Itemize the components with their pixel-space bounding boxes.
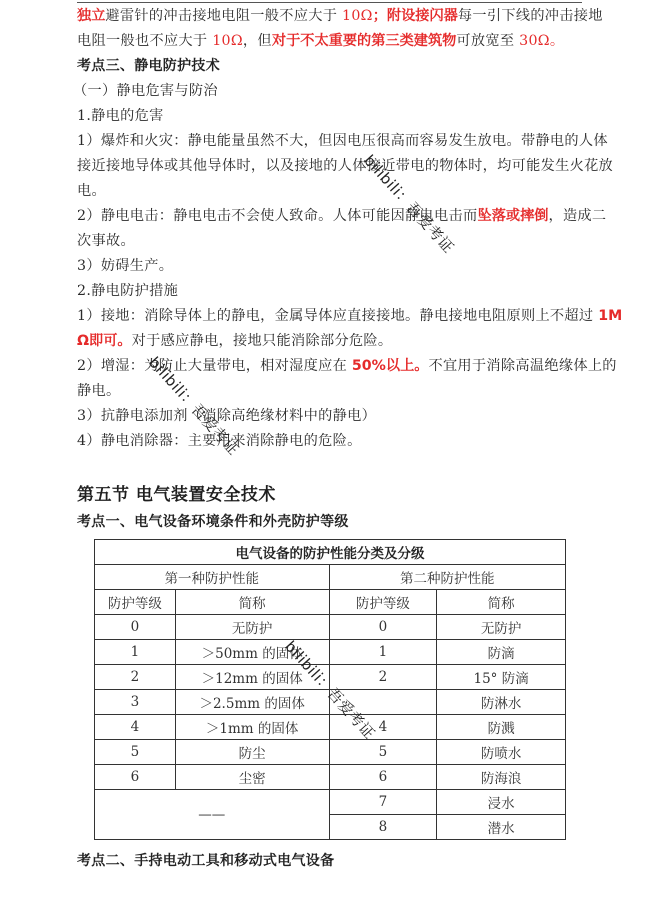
table-cell: 无防护 <box>437 615 566 640</box>
hazard-2-line2: 次事故。 <box>77 231 135 251</box>
highlight-value: 1M <box>598 308 622 324</box>
table-cell: 防溅 <box>437 715 566 740</box>
table-row: 1 ＞50mm 的固体 1 防滴 <box>95 640 566 665</box>
highlight-value: 30Ω。 <box>519 33 564 49</box>
highlight-text: 坠落或摔倒 <box>478 208 549 224</box>
body-text: 可放宽至 <box>456 33 519 49</box>
table-cell: 1 <box>95 640 176 665</box>
group-header: 第一种防护性能 <box>95 565 330 590</box>
table-cell: 潜水 <box>437 815 566 840</box>
table-cell: ＞2.5mm 的固体 <box>175 690 329 715</box>
body-text: 2）增湿：为防止大量带电，相对湿度应在 <box>77 358 352 374</box>
body-text: ，但 <box>243 33 272 49</box>
table-cell: 5 <box>95 740 176 765</box>
header-rule <box>77 2 582 3</box>
paragraph-lightning-line2: 电阻一般也不应大于 10Ω，但对于不太重要的第三类建筑物可放宽至 30Ω。 <box>77 31 564 51</box>
table-cell: 6 <box>329 765 437 790</box>
column-header: 防护等级 <box>329 590 437 615</box>
hazard-1-line3: 电。 <box>77 181 106 201</box>
table-cell: 防喷水 <box>437 740 566 765</box>
table-cell: 防淋水 <box>437 690 566 715</box>
table-cell: 防海浪 <box>437 765 566 790</box>
section-title: 第五节 电气装置安全技术 <box>77 485 276 505</box>
body-text: 每一引下线的冲击接地 <box>458 8 603 24</box>
table-cell: 0 <box>95 615 176 640</box>
point-heading: 考点二、手持电动工具和移动式电气设备 <box>77 851 334 871</box>
table-cell: ＞1mm 的固体 <box>175 715 329 740</box>
column-header: 防护等级 <box>95 590 176 615</box>
merged-empty-cell: —— <box>95 790 330 840</box>
highlight-text: 对于不太重要的第三类建筑物 <box>272 33 456 49</box>
table-row: 5 防尘 5 防喷水 <box>95 740 566 765</box>
group-header: 第二种防护性能 <box>329 565 565 590</box>
table-row: 6 尘密 6 防海浪 <box>95 765 566 790</box>
hazard-1-line2: 接近接地导体或其他导体时，以及接地的人体接近带电的物体时，均可能发生火花放 <box>77 156 613 176</box>
hazard-1-line1: 1）爆炸和火灾：静电能量虽然不大，但因电压很高而容易发生放电。带静电的人体 <box>77 131 608 151</box>
measure-1-line1: 1）接地：消除导体上的静电，金属导体应直接接地。静电接地电阻原则上不超过 1M <box>77 306 622 326</box>
table-header-row: 防护等级 简称 防护等级 简称 <box>95 590 566 615</box>
section-heading-static: 考点三、静电防护技术 <box>77 56 220 76</box>
highlight-value: 10Ω <box>212 33 243 49</box>
table-row: 4 ＞1mm 的固体 4 防溅 <box>95 715 566 740</box>
table-cell: 防尘 <box>175 740 329 765</box>
body-text: 避雷针的冲击接地电阻一般不应大于 <box>105 8 342 24</box>
hazard-2-line1: 2）静电电击：静电电击不会使人致命。人体可能因静电电击而坠落或摔倒，造成二 <box>77 206 606 226</box>
table-group-row: 第一种防护性能 第二种防护性能 <box>95 565 566 590</box>
body-text: 电阻一般也不应大于 <box>77 33 212 49</box>
table-cell: 2 <box>95 665 176 690</box>
highlight-value: Ω即可。 <box>77 333 132 349</box>
column-header: 简称 <box>175 590 329 615</box>
table-title: 电气设备的防护性能分类及分级 <box>95 540 566 565</box>
table-cell: 7 <box>329 790 437 815</box>
measure-1-line2: Ω即可。对于感应静电，接地只能消除部分危险。 <box>77 331 392 351</box>
table-row: —— 7 浸水 <box>95 790 566 815</box>
table-title-row: 电气设备的防护性能分类及分级 <box>95 540 566 565</box>
table-cell: 4 <box>95 715 176 740</box>
item-heading: 2.静电防护措施 <box>77 281 178 301</box>
table-cell: 6 <box>95 765 176 790</box>
measure-3: 3）抗静电添加剂（消除高绝缘材料中的静电） <box>77 406 376 426</box>
body-text: 不宜用于消除高温绝缘体上的 <box>428 358 616 374</box>
point-heading: 考点一、电气设备环境条件和外壳防护等级 <box>77 512 349 532</box>
table-cell: 5 <box>329 740 437 765</box>
item-heading: 1.静电的危害 <box>77 106 164 126</box>
highlight-text: ；附设接闪器 <box>373 8 458 24</box>
table-row: 0 无防护 0 无防护 <box>95 615 566 640</box>
table-cell: 1 <box>329 640 437 665</box>
body-text: 1）接地：消除导体上的静电，金属导体应直接接地。静电接地电阻原则上不超过 <box>77 308 598 324</box>
table-cell: 防滴 <box>437 640 566 665</box>
table-cell: 8 <box>329 815 437 840</box>
subsection-heading: （一）静电危害与防治 <box>73 81 218 101</box>
column-header: 简称 <box>437 590 566 615</box>
highlight-text: 独立 <box>77 8 105 24</box>
body-text: 对于感应静电，接地只能消除部分危险。 <box>132 333 393 349</box>
highlight-value: 10Ω <box>342 8 373 24</box>
paragraph-lightning-line1: 独立避雷针的冲击接地电阻一般不应大于 10Ω；附设接闪器每一引下线的冲击接地 <box>77 6 603 26</box>
hazard-3: 3）妨碍生产。 <box>77 256 173 276</box>
table-cell: 浸水 <box>437 790 566 815</box>
body-text: ，造成二 <box>548 208 606 224</box>
table-cell: 无防护 <box>175 615 329 640</box>
table-cell: 2 <box>329 665 437 690</box>
table-cell: 0 <box>329 615 437 640</box>
table-cell: 尘密 <box>175 765 329 790</box>
table-cell: 3 <box>95 690 176 715</box>
table-cell: 15° 防滴 <box>437 665 566 690</box>
measure-2-line2: 静电。 <box>77 381 120 401</box>
highlight-value: 50%以上。 <box>352 358 429 374</box>
